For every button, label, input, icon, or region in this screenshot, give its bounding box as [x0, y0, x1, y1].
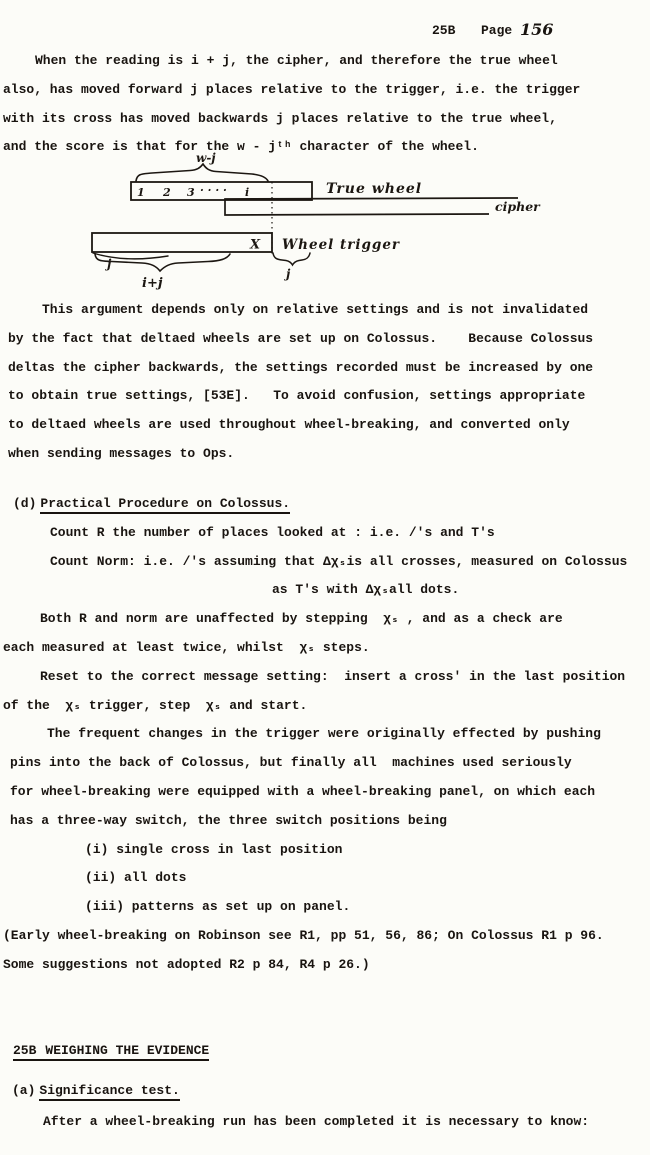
section-25b-number: 25B [13, 1043, 36, 1058]
text-line: deltas the cipher backwards, the setting… [8, 354, 593, 383]
brace-j [273, 253, 310, 265]
section-d: (d)Practical Procedure on Colossus. Coun… [3, 490, 627, 980]
text-line: Both R and norm are unaffected by steppi… [40, 605, 627, 634]
text-line: to deltaed wheels are used throughout wh… [8, 411, 593, 440]
text-line: as T's with Δχₛall dots. [272, 576, 627, 605]
text-line: has a three-way switch, the three switch… [10, 807, 627, 836]
left-j-label: j [105, 257, 112, 271]
text-line: Count R the number of places looked at :… [50, 519, 627, 548]
header-page-number-handwritten: 156 [520, 19, 553, 41]
text-line: pins into the back of Colossus, but fina… [10, 749, 627, 778]
brace-w-minus-j-label: w-j [196, 151, 216, 165]
text-line: by the fact that deltaed wheels are set … [8, 325, 593, 354]
wheel-cell-3: 3 [187, 186, 195, 199]
cipher-label: cipher [495, 199, 541, 214]
right-j-label: j [284, 267, 291, 281]
left-arc [93, 253, 168, 259]
text-line: each measured at least twice, whilst χₛ … [3, 634, 627, 663]
text-line: of the χₛ trigger, step χₛ and start. [3, 692, 627, 721]
wheel-cell-1: 1 [137, 186, 145, 199]
list-item: (ii) all dots [85, 864, 627, 893]
paragraph-reading: When the reading is i + j, the cipher, a… [3, 47, 580, 162]
closing-line: After a wheel-breaking run has been comp… [43, 1108, 589, 1137]
text-line: The frequent changes in the trigger were… [47, 720, 627, 749]
text-line: Some suggestions not adopted R2 p 84, R4… [3, 951, 627, 980]
brace-i-plus-j-label: i+j [142, 276, 163, 291]
document-page: 25B Page 156 When the reading is i + j, … [0, 0, 650, 1155]
list-item: (iii) patterns as set up on panel. [85, 893, 627, 922]
text-line: This argument depends only on relative s… [42, 296, 593, 325]
paragraph-argument: This argument depends only on relative s… [8, 296, 593, 469]
section-d-heading: (d)Practical Procedure on Colossus. [13, 490, 627, 519]
section-25b-title: WEIGHING THE EVIDENCE [45, 1043, 209, 1058]
section-25b-heading: 25BWEIGHING THE EVIDENCE [13, 1037, 209, 1066]
section-a-title: Significance test. [39, 1083, 179, 1101]
section-a-prefix: (a) [12, 1083, 35, 1098]
text-line: with its cross has moved backwards j pla… [3, 105, 580, 134]
text-line: to obtain true settings, [53E]. To avoid… [8, 382, 593, 411]
wheel-trigger-label: Wheel trigger [282, 237, 400, 253]
wheel-diagram: w-j 1 2 3 · · · · i True wheel cipher X … [80, 150, 570, 295]
section-d-title: Practical Procedure on Colossus. [40, 496, 290, 514]
section-d-prefix: (d) [13, 496, 36, 511]
text-line: (Early wheel-breaking on Robinson see R1… [3, 922, 627, 951]
wheel-cell-i: i [245, 186, 249, 199]
text-line: also, has moved forward j places relativ… [3, 76, 580, 105]
trigger-cross-mark: X [249, 238, 261, 253]
text-line: When the reading is i + j, the cipher, a… [35, 47, 580, 76]
header-section-number: 25B [432, 20, 455, 42]
section-a-heading: (a)Significance test. [12, 1077, 180, 1106]
text-line: Count Norm: i.e. /'s assuming that Δχₛis… [50, 548, 627, 577]
section-25b-underlined: 25BWEIGHING THE EVIDENCE [13, 1043, 209, 1061]
text-line: Reset to the correct message setting: in… [40, 663, 627, 692]
true-wheel-label: True wheel [326, 181, 422, 197]
header-page-word: Page [481, 20, 512, 42]
page-header: 25B Page 156 [0, 20, 650, 42]
brace-w-minus-j [136, 164, 268, 181]
wheel-cell-2: 2 [162, 186, 171, 199]
wheel-trigger-rect [92, 233, 272, 252]
list-item: (i) single cross in last position [85, 836, 627, 865]
text-line: for wheel-breaking were equipped with a … [10, 778, 627, 807]
text-line: when sending messages to Ops. [8, 440, 593, 469]
wheel-cell-dots: · · · · [200, 184, 227, 197]
